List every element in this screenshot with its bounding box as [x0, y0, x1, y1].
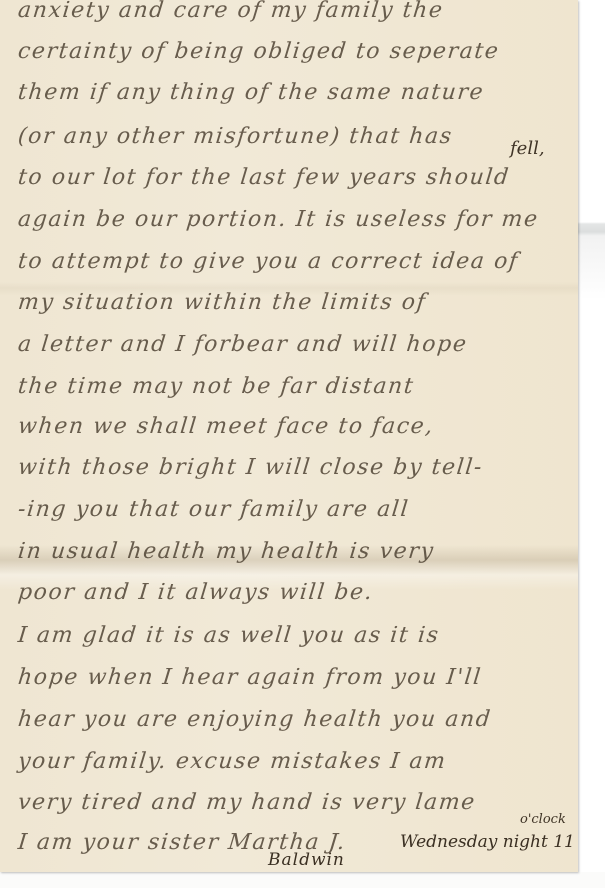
inserted-word-fell: fell, [510, 138, 545, 159]
letter-line-6: again be our portion. It is useless for … [17, 206, 580, 234]
letter-line-14: in usual health my health is very [17, 538, 580, 566]
letter-line-9: a letter and I forbear and will hope [17, 331, 580, 359]
scan-background-right [578, 0, 605, 888]
letter-line-16: I am glad it is as well you as it is [17, 622, 580, 650]
letter-line-20: very tired and my hand is very lame [17, 789, 580, 817]
letter-line-12: with those bright I will close by tell- [17, 454, 580, 482]
letter-page: anxiety and care of my family the certai… [0, 0, 578, 872]
letter-line-15: poor and I it always will be. [17, 579, 580, 607]
letter-line-7: to attempt to give you a correct idea of [17, 248, 580, 276]
letter-line-18: hear you are enjoying health you and [17, 706, 580, 734]
letter-line-13: -ing you that our family are all [17, 496, 580, 524]
letter-line-11: when we shall meet face to face, [17, 413, 580, 441]
dateline-superscript: o'clock [520, 812, 566, 827]
letter-line-17: hope when I hear again from you I'll [17, 664, 580, 692]
letter-line-5: to our lot for the last few years should [17, 164, 580, 192]
letter-line-19: your family. excuse mistakes I am [17, 748, 580, 776]
letter-line-10: the time may not be far distant [17, 373, 580, 401]
letter-line-4: (or any other misfortune) that has [17, 123, 580, 151]
letter-line-8: my situation within the limits of [17, 289, 580, 317]
signature-dateline: Wednesday night 11 [400, 832, 575, 852]
letter-line-1: anxiety and care of my family the [17, 0, 580, 25]
letter-line-3: them if any thing of the same nature [17, 79, 580, 107]
signature-surname: Baldwin [268, 850, 345, 870]
letter-line-2: certainty of being obliged to seperate [17, 38, 580, 66]
scan-background-bottom [0, 872, 605, 888]
